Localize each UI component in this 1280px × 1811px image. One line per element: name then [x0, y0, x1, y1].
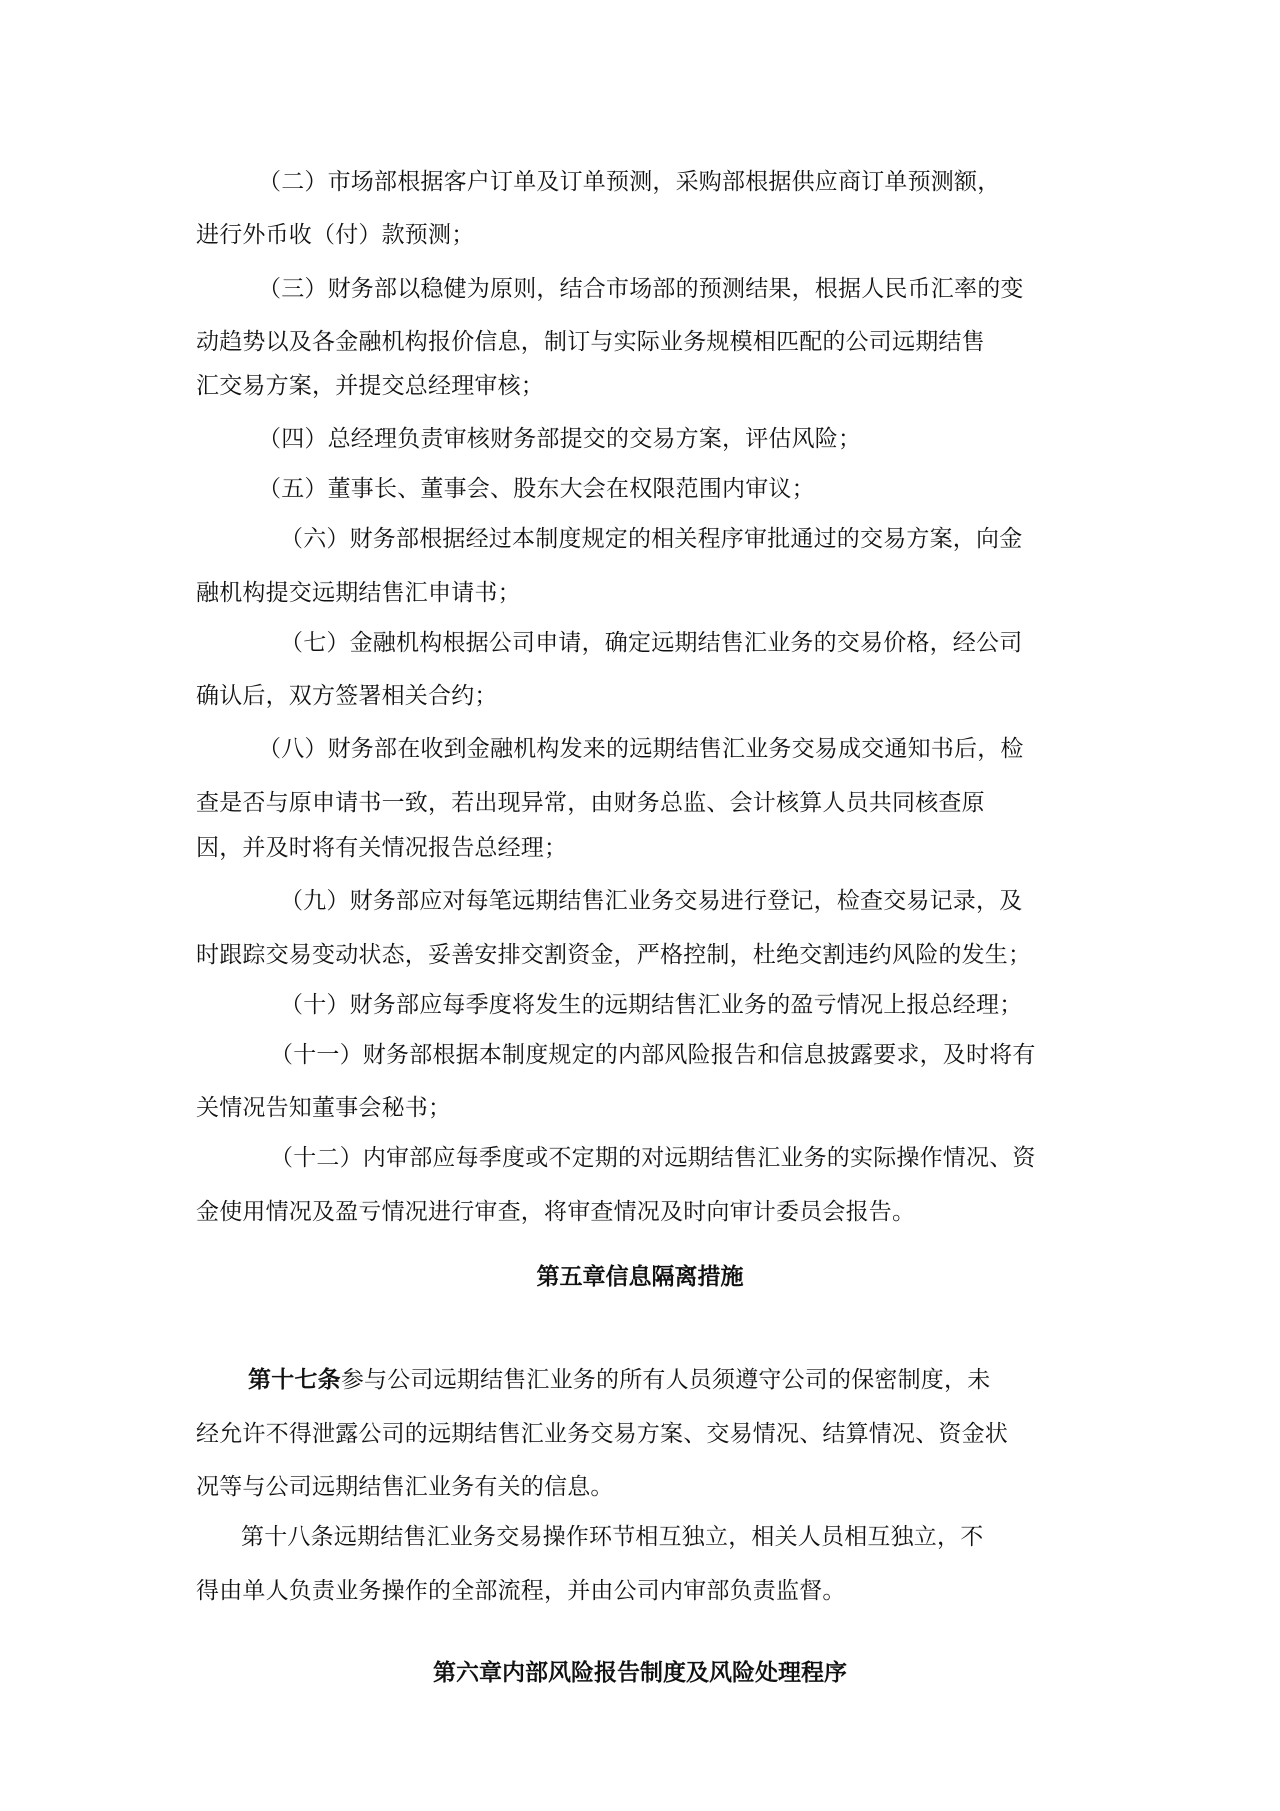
body-text-line: 第十八条远期结售汇业务交易操作环节相互独立，相关人员相互独立，不: [241, 1522, 983, 1552]
body-text-line: （二）市场部根据客户订单及订单预测，采购部根据供应商订单预测额，: [258, 167, 1000, 197]
body-text-line: （三）财务部以稳健为原则，结合市场部的预测结果，根据人民币汇率的变: [258, 274, 1024, 304]
body-text-line: 融机构提交远期结售汇申请书；: [196, 578, 521, 608]
body-text-line: （五）董事长、董事会、股东大会在权限范围内审议；: [258, 474, 815, 504]
body-text-line: 况等与公司远期结售汇业务有关的信息。: [196, 1472, 614, 1502]
body-text-line: 查是否与原申请书一致，若出现异常，由财务总监、会计核算人员共同核查原: [196, 788, 985, 818]
body-text-line: 金使用情况及盈亏情况进行审查，将审查情况及时向审计委员会报告。: [196, 1197, 915, 1227]
body-text-line: （八）财务部在收到金融机构发来的远期结售汇业务交易成交通知书后，检: [258, 734, 1024, 764]
body-text-line: （九）财务部应对每笔远期结售汇业务交易进行登记，检查交易记录，及: [280, 886, 1022, 916]
article-text: 参与公司远期结售汇业务的所有人员须遵守公司的保密制度，未: [341, 1367, 991, 1393]
body-text-line: 经允许不得泄露公司的远期结售汇业务交易方案、交易情况、结算情况、资金状: [196, 1419, 1008, 1449]
chapter-heading: 第五章信息隔离措施: [0, 1262, 1280, 1292]
document-page: （二）市场部根据客户订单及订单预测，采购部根据供应商订单预测额，进行外币收（付）…: [0, 0, 1280, 1811]
body-text-line: 时跟踪交易变动状态，妥善安排交割资金，严格控制，杜绝交割违约风险的发生；: [196, 940, 1031, 970]
body-text-line: （十二）内审部应每季度或不定期的对远期结售汇业务的实际操作情况、资: [270, 1143, 1036, 1173]
body-text-line: 汇交易方案，并提交总经理审核；: [196, 371, 544, 401]
body-text-line: 进行外币收（付）款预测；: [196, 220, 474, 250]
body-text-line: 确认后，双方签署相关合约；: [196, 681, 498, 711]
body-text-line: 动趋势以及各金融机构报价信息，制订与实际业务规模相匹配的公司远期结售: [196, 327, 985, 357]
article-17-line: 第十七条参与公司远期结售汇业务的所有人员须遵守公司的保密制度，未: [248, 1365, 990, 1395]
body-text-line: （六）财务部根据经过本制度规定的相关程序审批通过的交易方案，向金: [280, 524, 1022, 554]
body-text-line: （十）财务部应每季度将发生的远期结售汇业务的盈亏情况上报总经理；: [280, 990, 1022, 1020]
body-text-line: 得由单人负责业务操作的全部流程，并由公司内审部负责监督。: [196, 1576, 846, 1606]
article-label: 第十七条: [248, 1366, 341, 1393]
body-text-line: （四）总经理负责审核财务部提交的交易方案，评估风险；: [258, 424, 861, 454]
body-text-line: 关情况告知董事会秘书；: [196, 1093, 451, 1123]
chapter-heading: 第六章内部风险报告制度及风险处理程序: [0, 1658, 1280, 1688]
body-text-line: 因，并及时将有关情况报告总经理；: [196, 833, 567, 863]
body-text-line: （七）金融机构根据公司申请，确定远期结售汇业务的交易价格，经公司: [280, 628, 1022, 658]
body-text-line: （十一）财务部根据本制度规定的内部风险报告和信息披露要求，及时将有: [270, 1040, 1036, 1070]
